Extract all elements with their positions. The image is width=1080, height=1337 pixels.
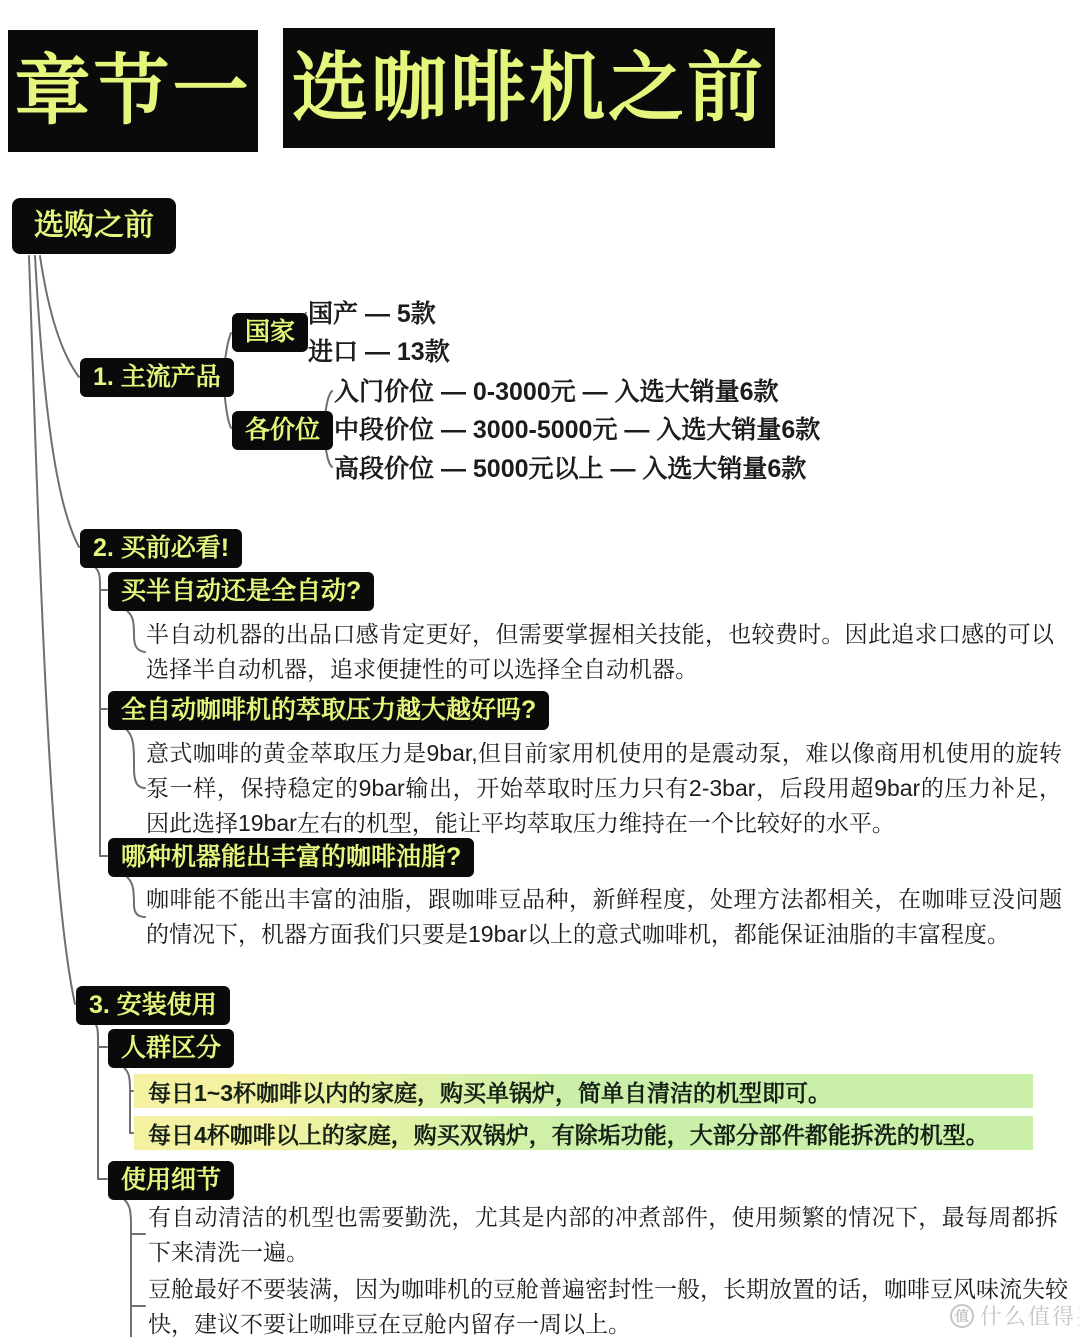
qa-2-answer: 意式咖啡的黄金萃取压力是9bar,但目前家用机使用的是震动泵，难以像商用机使用的… [146,736,1062,841]
mindmap-canvas: 章节一 选咖啡机之前 选购之前 1. 主流产品 国家 国产 — 5款 进口 — … [0,0,1080,1337]
usage-node: 使用细节 [108,1161,234,1200]
country-node: 国家 [232,313,308,352]
watermark: 值 什么值得买 [950,1300,1080,1331]
qa-3-answer: 咖啡能不能出丰富的油脂，跟咖啡豆品种，新鲜程度，处理方法都相关，在咖啡豆没问题的… [146,882,1062,952]
price-item-mid: 中段价位 — 3000-5000元 — 入选大销量6款 [334,415,820,445]
chapter-badge: 章节一 [8,30,258,152]
section-1-node: 1. 主流产品 [80,358,234,397]
price-node: 各价位 [232,411,333,450]
price-item-entry: 入门价位 — 0-3000元 — 入选大销量6款 [334,377,779,407]
usage-paragraph-cleaning: 有自动清洁的机型也需要勤洗，尤其是内部的冲煮部件，使用频繁的情况下，最每周都拆下… [148,1200,1058,1270]
qa-1-answer: 半自动机器的出品口感肯定更好，但需要掌握相关技能，也较费时。因此追求口感的可以选… [146,617,1054,687]
country-item-domestic: 国产 — 5款 [308,299,436,329]
audience-node: 人群区分 [108,1029,234,1068]
page-title: 选咖啡机之前 [292,50,766,126]
watermark-text: 什么值得买 [980,1300,1080,1331]
country-item-imported: 进口 — 13款 [308,337,450,367]
zhi-logo-icon: 值 [950,1304,974,1328]
price-item-high: 高段价位 — 5000元以上 — 入选大销量6款 [334,454,806,484]
qa-1-question: 买半自动还是全自动? [108,572,374,611]
audience-highlight-light-users: 每日1~3杯咖啡以内的家庭，购买单锅炉，简单自清洁的机型即可。 [134,1074,1033,1108]
title-badge: 选咖啡机之前 [283,28,775,148]
root-node: 选购之前 [12,198,176,254]
usage-paragraph-bean-hopper: 豆舱最好不要装满，因为咖啡机的豆舱普遍密封性一般，长期放置的话，咖啡豆风味流失较… [148,1272,1068,1337]
qa-2-question: 全自动咖啡机的萃取压力越大越好吗? [108,691,549,730]
qa-3-question: 哪种机器能出丰富的咖啡油脂? [108,838,474,877]
audience-highlight-heavy-users: 每日4杯咖啡以上的家庭，购买双锅炉，有除垢功能，大部分部件都能拆洗的机型。 [134,1116,1033,1150]
section-3-node: 3. 安装使用 [76,986,230,1025]
chapter-label: 章节一 [15,53,252,129]
section-2-node: 2. 买前必看! [80,529,242,568]
